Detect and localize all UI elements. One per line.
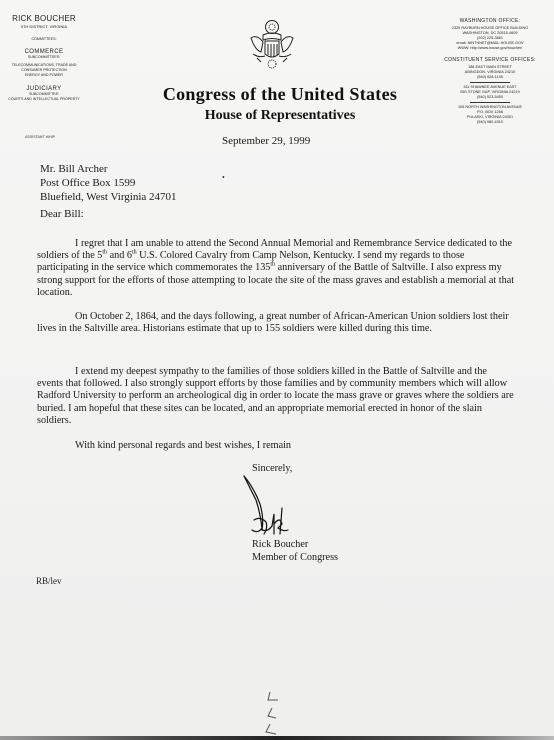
- body-paragraph: I extend my deepest sympathy to the fami…: [37, 366, 515, 427]
- recipient-address-line: Bluefield, West Virginia 24701: [40, 190, 177, 204]
- letter-page: RICK BOUCHER 9TH DISTRICT, VIRGINIA COMM…: [0, 0, 554, 740]
- recipient-address-line: Post Office Box 1599: [40, 176, 177, 190]
- body-paragraph: I regret that I am unable to attend the …: [37, 238, 515, 299]
- scan-edge: [0, 736, 554, 740]
- office-info-column: WASHINGTON OFFICE: 2329 RAYBURN HOUSE OF…: [428, 18, 552, 125]
- member-info-column: RICK BOUCHER 9TH DISTRICT, VIRGINIA COMM…: [0, 14, 88, 102]
- subcommittees-label: SUBCOMMITTEES:: [0, 55, 88, 60]
- letterhead-subtitle: House of Representatives: [120, 108, 440, 124]
- typist-initials: RB/lev: [36, 576, 62, 586]
- signer-name: Rick Boucher: [252, 538, 338, 551]
- recipient-address: Mr. Bill Archer Post Office Box 1599 Blu…: [40, 162, 177, 204]
- office-line: (540) 628-1145: [428, 75, 552, 80]
- constituent-offices-heading: CONSTITUENT SERVICE OFFICES:: [428, 57, 552, 63]
- signer-title: Member of Congress: [252, 551, 338, 564]
- letter-date: September 29, 1999: [222, 135, 310, 147]
- handwritten-note-icon: 727: [262, 688, 288, 736]
- recipient-name: Mr. Bill Archer: [40, 162, 177, 176]
- handwritten-signature-icon: [238, 468, 318, 544]
- washington-office-heading: WASHINGTON OFFICE:: [428, 18, 552, 24]
- office-line: (540) 523-5450: [428, 95, 552, 100]
- closing-line: With kind personal regards and best wish…: [37, 440, 291, 451]
- salutation: Dear Bill:: [40, 208, 84, 220]
- assistant-whip-label: ASSISTANT WHIP: [25, 135, 55, 139]
- signer-block: Rick Boucher Member of Congress: [252, 538, 338, 564]
- body-paragraph: On October 2, 1864, and the days followi…: [37, 311, 515, 335]
- member-name: RICK BOUCHER: [0, 14, 88, 23]
- letterhead-title: Congress of the United States: [120, 84, 440, 105]
- office-line: (540) 980-4310: [428, 120, 552, 125]
- great-seal-eagle-icon: [243, 18, 301, 72]
- divider: [470, 102, 510, 103]
- stray-mark: •: [222, 173, 225, 182]
- divider: [470, 82, 510, 83]
- subcommittee: COURTS AND INTELLECTUAL PROPERTY: [0, 97, 88, 102]
